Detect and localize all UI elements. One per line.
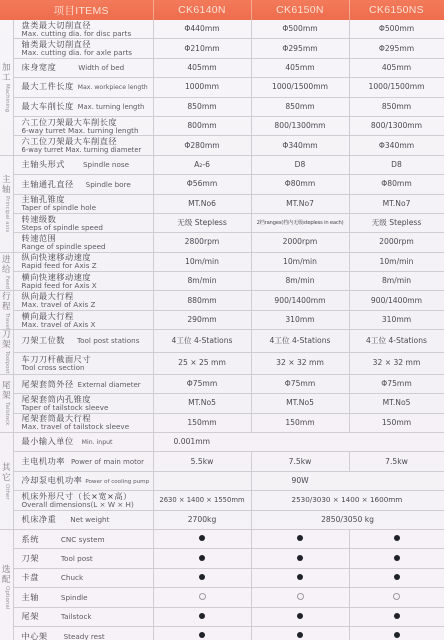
section-other: 其它Other: [0, 432, 13, 529]
value-cell: 4工位 4-Stations: [153, 330, 251, 352]
hollow-circle-icon: [297, 593, 304, 600]
section-tailstock: 尾架Tailstock: [0, 374, 13, 432]
value-cell: 290mm: [153, 310, 251, 329]
row-label: 主轴通孔直径Spindle bore: [13, 175, 153, 194]
mark-cell: [251, 549, 349, 568]
row-label: 系统CNC system: [13, 529, 153, 548]
table-row: 尾架Tailstock 尾架套筒外径External diameter Φ75m…: [0, 374, 444, 393]
value-cell: 32 × 32 mm: [349, 352, 444, 374]
value-cell: 150mm: [349, 413, 444, 432]
table-row: 主轴Spindle: [0, 588, 444, 607]
row-label: 轴类最大切削直径Max. cutting dia. for axle parts: [13, 39, 153, 58]
value-cell: 2档ranges(档内无级stepless in each): [251, 213, 349, 232]
table-row: 主轴Principal axis 主轴头形式Spindle nose A₂-6 …: [0, 155, 444, 174]
value-cell: 310mm: [251, 310, 349, 329]
value-cell: Φ280mm: [153, 136, 251, 155]
mark-cell: [153, 529, 251, 548]
row-label: 车刀刀杆截面尺寸Tool cross section: [13, 352, 153, 374]
value-cell: 900/1400mm: [251, 291, 349, 310]
table-row: 卡盘Chuck: [0, 568, 444, 587]
header-row: 项目ITEMS CK6140N CK6150N CK6150NS: [0, 0, 444, 20]
mark-cell: [153, 626, 251, 640]
row-label: 最小输入单位Min. input: [13, 432, 153, 451]
filled-dot-icon: [394, 555, 400, 561]
mark-cell: [349, 626, 444, 640]
row-label: 纵向快速移动速度Rapid feed for Axis Z: [13, 252, 153, 271]
table-row: 进给Feed 纵向快速移动速度Rapid feed for Axis Z 10m…: [0, 252, 444, 271]
filled-dot-icon: [199, 555, 205, 561]
section-travel: 行程Travel: [0, 291, 13, 330]
model-header-ck6150ns: CK6150NS: [349, 0, 444, 20]
merged-value-cell: 2530/3030 × 1400 × 1600mm: [251, 491, 444, 510]
model-header-ck6150n: CK6150N: [251, 0, 349, 20]
mark-cell: [349, 588, 444, 607]
value-cell: 900/1400mm: [349, 291, 444, 310]
value-cell: 850mm: [349, 97, 444, 116]
value-cell: 7.5kw: [349, 452, 444, 471]
row-label: 机床外形尺寸（长×宽×高）Overall dimensions(L × W × …: [13, 491, 153, 510]
table-row: 刀架Tool post: [0, 549, 444, 568]
model-header-ck6140n: CK6140N: [153, 0, 251, 20]
mark-cell: [349, 529, 444, 548]
table-row: 主轴通孔直径Spindle bore Φ56mm Φ80mm Φ80mm: [0, 175, 444, 194]
table-row: 横向快速移动速度Rapid feed for Axis X 8m/min 8m/…: [0, 272, 444, 291]
value-cell: Φ500mm: [349, 20, 444, 39]
row-label: 六工位刀架最大车削直径6-way turret Max. turning dia…: [13, 136, 153, 155]
row-label: 六工位刀架最大车削长度6-way turret Max. turning len…: [13, 116, 153, 135]
value-cell: Φ500mm: [251, 20, 349, 39]
value-cell: Φ80mm: [349, 175, 444, 194]
value-cell: 2000rpm: [251, 233, 349, 252]
value-cell: 2000rpm: [349, 233, 444, 252]
table-row: 六工位刀架最大车削直径6-way turret Max. turning dia…: [0, 136, 444, 155]
spec-table: 项目ITEMS CK6140N CK6150N CK6150NS 加工Machi…: [0, 0, 444, 640]
value-cell: 800/1300mm: [251, 116, 349, 135]
value-cell: 32 × 32 mm: [251, 352, 349, 374]
row-label: 尾架套筒最大行程Max. travel of tailstock sleeve: [13, 413, 153, 432]
value-cell: Φ340mm: [349, 136, 444, 155]
table-row: 行程Travel 纵向最大行程Max. travel of Axis Z 880…: [0, 291, 444, 310]
value-cell: D8: [251, 155, 349, 174]
mark-cell: [349, 549, 444, 568]
value-cell: Φ75mm: [153, 374, 251, 393]
table-row: 机床净重Net weight 2700kg 2850/3050 kg: [0, 510, 444, 529]
mark-cell: [251, 588, 349, 607]
value-cell: 800/1300mm: [349, 116, 444, 135]
row-label: 冷却泵电机功率Power of cooling pump: [13, 471, 153, 490]
hollow-circle-icon: [393, 593, 400, 600]
row-label: 转速级数Steps of spindle speed: [13, 213, 153, 232]
row-label: 中心架Steady rest: [13, 626, 153, 640]
section-toolpost: 刀架Toolpost: [0, 330, 13, 375]
section-principal-axis: 主轴Principal axis: [0, 155, 13, 252]
table-row: 六工位刀架最大车削长度6-way turret Max. turning len…: [0, 116, 444, 135]
table-row: 加工Machining 盘类最大切削直径Max. cutting dia. fo…: [0, 20, 444, 39]
value-cell: 310mm: [349, 310, 444, 329]
value-cell: 10m/min: [251, 252, 349, 271]
mark-cell: [153, 568, 251, 587]
merged-value-cell: 90W: [251, 471, 444, 490]
value-cell: 880mm: [153, 291, 251, 310]
row-label: 横向最大行程Max. travel of Axis X: [13, 310, 153, 329]
filled-dot-icon: [199, 535, 205, 541]
value-cell: MT.No5: [153, 394, 251, 413]
row-label: 转速范围Range of spindle speed: [13, 233, 153, 252]
filled-dot-icon: [297, 613, 303, 619]
mark-cell: [349, 568, 444, 587]
row-label: 刀架Tool post: [13, 549, 153, 568]
row-label: 主电机功率Power of main motor: [13, 452, 153, 471]
value-cell: 无级 Stepless: [153, 213, 251, 232]
row-label: 主轴孔锥度Taper of spindle hole: [13, 194, 153, 213]
value-cell: 800mm: [153, 116, 251, 135]
value-cell: 1000mm: [153, 78, 251, 97]
value-cell: 4工位 4-Stations: [251, 330, 349, 352]
value-cell: 8m/min: [153, 272, 251, 291]
table-row: 选配Optional 系统CNC system: [0, 529, 444, 548]
section-machining: 加工Machining: [0, 20, 13, 155]
value-cell: 150mm: [153, 413, 251, 432]
value-cell: 150mm: [251, 413, 349, 432]
table-row: 床身宽度Width of bed 405mm 405mm 405mm: [0, 58, 444, 77]
table-row: 刀架Toolpost 刀架工位数Tool post stations 4工位 4…: [0, 330, 444, 352]
table-row: 机床外形尺寸（长×宽×高）Overall dimensions(L × W × …: [0, 491, 444, 510]
filled-dot-icon: [199, 574, 205, 580]
value-cell: 7.5kw: [251, 452, 349, 471]
value-cell: Φ56mm: [153, 175, 251, 194]
value-cell: MT.No5: [251, 394, 349, 413]
row-label: 主轴头形式Spindle nose: [13, 155, 153, 174]
value-cell: 无级 Stepless: [349, 213, 444, 232]
value-cell: 2700kg: [153, 510, 251, 529]
merged-value-cell: 2850/3050 kg: [251, 510, 444, 529]
value-cell: MT.No7: [349, 194, 444, 213]
section-feed: 进给Feed: [0, 252, 13, 291]
value-cell: A₂-6: [153, 155, 251, 174]
filled-dot-icon: [394, 632, 400, 638]
value-cell: D8: [349, 155, 444, 174]
table-row: 中心架Steady rest: [0, 626, 444, 640]
value-cell: 10m/min: [153, 252, 251, 271]
table-row: 尾架Tailstock: [0, 607, 444, 626]
row-label: 机床净重Net weight: [13, 510, 153, 529]
row-label: 最大工件长度Max. workpiece length: [13, 78, 153, 97]
value-cell: 405mm: [251, 58, 349, 77]
value-cell: Φ210mm: [153, 39, 251, 58]
row-label: 尾架Tailstock: [13, 607, 153, 626]
mark-cell: [251, 568, 349, 587]
filled-dot-icon: [297, 535, 303, 541]
filled-dot-icon: [394, 574, 400, 580]
row-label: 纵向最大行程Max. travel of Axis Z: [13, 291, 153, 310]
value-cell: Φ340mm: [251, 136, 349, 155]
table-row: 最大车削长度Max. turning length 850mm 850mm 85…: [0, 97, 444, 116]
filled-dot-icon: [394, 535, 400, 541]
value-cell: [153, 471, 251, 490]
filled-dot-icon: [199, 632, 205, 638]
value-cell: MT.No6: [153, 194, 251, 213]
items-header: 项目ITEMS: [0, 0, 153, 20]
table-row: 主轴孔锥度Taper of spindle hole MT.No6 MT.No7…: [0, 194, 444, 213]
mark-cell: [153, 549, 251, 568]
value-cell: Φ75mm: [349, 374, 444, 393]
mark-cell: [251, 626, 349, 640]
table-row: 轴类最大切削直径Max. cutting dia. for axle parts…: [0, 39, 444, 58]
mark-cell: [153, 607, 251, 626]
merged-value-cell: 0.001mm: [153, 432, 444, 451]
filled-dot-icon: [199, 613, 205, 619]
value-cell: Φ75mm: [251, 374, 349, 393]
value-cell: 1000/1500mm: [251, 78, 349, 97]
table-row: 车刀刀杆截面尺寸Tool cross section 25 × 25 mm 32…: [0, 352, 444, 374]
section-optional: 选配Optional: [0, 529, 13, 640]
filled-dot-icon: [297, 632, 303, 638]
row-label: 卡盘Chuck: [13, 568, 153, 587]
value-cell: 405mm: [153, 58, 251, 77]
table-row: 尾架套筒最大行程Max. travel of tailstock sleeve …: [0, 413, 444, 432]
value-cell: 850mm: [251, 97, 349, 116]
row-label: 盘类最大切削直径Max. cutting dia. for disc parts: [13, 20, 153, 39]
table-row: 转速级数Steps of spindle speed 无级 Stepless 2…: [0, 213, 444, 232]
table-row: 最大工件长度Max. workpiece length 1000mm 1000/…: [0, 78, 444, 97]
value-cell: 1000/1500mm: [349, 78, 444, 97]
value-cell: 2630 × 1400 × 1550mm: [153, 491, 251, 510]
mark-cell: [251, 529, 349, 548]
row-label: 最大车削长度Max. turning length: [13, 97, 153, 116]
hollow-circle-icon: [199, 593, 206, 600]
value-cell: Φ295mm: [349, 39, 444, 58]
row-label: 尾架套筒外径External diameter: [13, 374, 153, 393]
spec-sheet: 项目ITEMS CK6140N CK6150N CK6150NS 加工Machi…: [0, 0, 444, 640]
table-row: 转速范围Range of spindle speed 2800rpm 2000r…: [0, 233, 444, 252]
value-cell: 10m/min: [349, 252, 444, 271]
table-row: 其它Other 最小输入单位Min. input 0.001mm: [0, 432, 444, 451]
value-cell: MT.No7: [251, 194, 349, 213]
value-cell: 850mm: [153, 97, 251, 116]
value-cell: MT.No5: [349, 394, 444, 413]
row-label: 床身宽度Width of bed: [13, 58, 153, 77]
value-cell: Φ295mm: [251, 39, 349, 58]
value-cell: 405mm: [349, 58, 444, 77]
value-cell: 2800rpm: [153, 233, 251, 252]
mark-cell: [349, 607, 444, 626]
value-cell: Φ440mm: [153, 20, 251, 39]
filled-dot-icon: [297, 574, 303, 580]
table-row: 冷却泵电机功率Power of cooling pump 90W: [0, 471, 444, 490]
table-row: 横向最大行程Max. travel of Axis X 290mm 310mm …: [0, 310, 444, 329]
value-cell: Φ80mm: [251, 175, 349, 194]
row-label: 主轴Spindle: [13, 588, 153, 607]
value-cell: 5.5kw: [153, 452, 251, 471]
row-label: 横向快速移动速度Rapid feed for Axis X: [13, 272, 153, 291]
value-cell: 25 × 25 mm: [153, 352, 251, 374]
row-label: 尾架套筒内孔锥度Taper of tailstock sleeve: [13, 394, 153, 413]
table-row: 主电机功率Power of main motor 5.5kw 7.5kw 7.5…: [0, 452, 444, 471]
table-row: 尾架套筒内孔锥度Taper of tailstock sleeve MT.No5…: [0, 394, 444, 413]
mark-cell: [251, 607, 349, 626]
filled-dot-icon: [394, 613, 400, 619]
value-cell: 8m/min: [251, 272, 349, 291]
value-cell: 8m/min: [349, 272, 444, 291]
row-label: 刀架工位数Tool post stations: [13, 330, 153, 352]
mark-cell: [153, 588, 251, 607]
filled-dot-icon: [297, 555, 303, 561]
value-cell: 4工位 4-Stations: [349, 330, 444, 352]
